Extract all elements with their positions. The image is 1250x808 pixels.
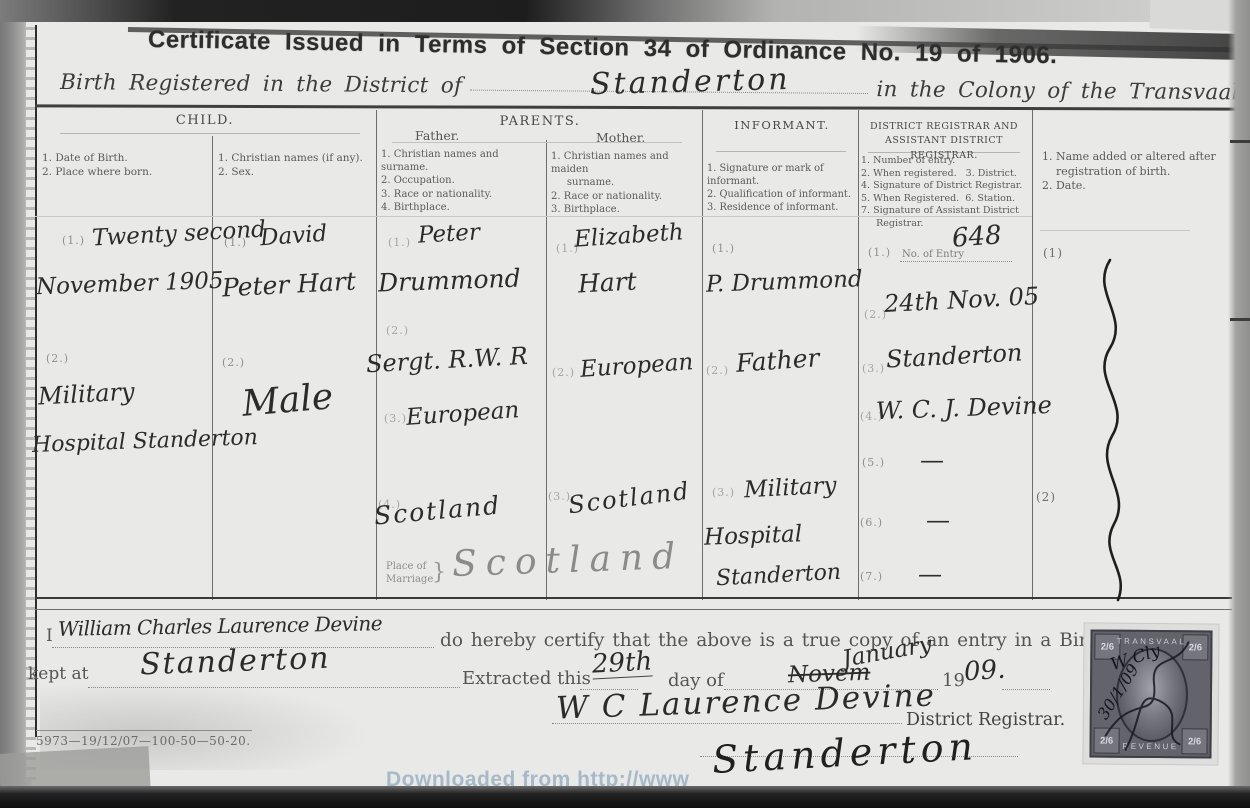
informant-residence-line3: Standerton (715, 561, 841, 591)
informant-marker-1: (1.) (712, 242, 735, 255)
registered-prefix: Birth Registered in the District of (60, 70, 462, 99)
mother-race: European (579, 350, 694, 382)
right-edge-mark-1 (1230, 140, 1250, 143)
when-registered: 24th Nov. 05 (883, 284, 1039, 317)
label-child-name: 1. Christian names (if any). 2. Sex. (218, 152, 370, 180)
group-parents: PARENTS. (470, 114, 610, 129)
informant-underline (716, 151, 846, 152)
district-handwritten: Standerton (590, 64, 791, 101)
extracted-day: 29th (591, 648, 653, 679)
alterations-marker-2: (2) (1036, 490, 1056, 504)
birth-date-line2: November 1905 (36, 269, 224, 300)
father-occupation: Sergt. R.W. R (365, 344, 528, 378)
kept-at-label: kept at (28, 664, 88, 684)
signature-dotted (552, 722, 902, 724)
marriage-brace: } (432, 560, 446, 585)
col-sep-registrar (858, 110, 859, 600)
registrar-district: Standerton (885, 340, 1023, 372)
registrar-dash-7: — (918, 562, 942, 587)
mother-name-line2: Hart (577, 268, 637, 297)
table-bottom-rule-2 (35, 609, 1232, 610)
father-marker-3: (3.) (384, 412, 407, 425)
informant-residence-line1: Military (743, 474, 837, 503)
registrar-signature-bottom: W C Laurence Devine (556, 679, 937, 725)
birth-place-line2: Hospital Standerton (32, 426, 259, 457)
col-sep-father-mother (546, 140, 547, 600)
group-father: Father. (415, 128, 459, 143)
district-field: Standerton (470, 93, 868, 96)
label-father: 1. Christian names and surname. 2. Occup… (381, 148, 543, 214)
registrar-marker-7: (7.) (860, 570, 883, 583)
mother-marker-2: (2.) (552, 366, 575, 379)
birth-place-line1: Military (37, 379, 135, 409)
informant-residence-line2: Hospital (704, 522, 803, 550)
kept-at-value: Standerton (140, 643, 332, 681)
label-alterations: 1. Name added or altered after registrat… (1042, 150, 1227, 194)
childname-marker-1: (1.) (224, 236, 247, 249)
child-sex: Male (241, 378, 335, 424)
father-race: European (405, 398, 520, 430)
table-bottom-rule-1 (35, 597, 1232, 599)
label-mother: 1. Christian names and maiden surname. 2… (551, 150, 701, 216)
marriage-place: Scotland (451, 538, 684, 584)
alterations-header-line (1040, 230, 1190, 231)
informant-qualification: Father (735, 345, 820, 377)
certifier-name: William Charles Laurence Devine (58, 613, 382, 640)
table-left-border (35, 25, 37, 737)
group-mother: Mother. (596, 130, 645, 145)
birth-marker-1: (1.) (62, 234, 85, 247)
kept-at-dotted (88, 686, 460, 688)
scan-top-band (0, 0, 1250, 22)
extracted-label: Extracted this (462, 668, 591, 689)
informant-marker-2: (2.) (706, 364, 729, 377)
page-right-edge (1228, 0, 1250, 808)
scan-bottom-band (0, 786, 1250, 808)
father-marker-1: (1.) (388, 236, 411, 249)
table-top-rule (35, 104, 1240, 110)
birth-marker-2: (2.) (46, 352, 69, 365)
informant-marker-3: (3.) (712, 486, 735, 499)
revenue-stamp: 2/6 2/6 2/6 2/6 TRANSVAAL REVENUE W Cly … (1089, 629, 1212, 758)
bottom-scrawl-signature: Standerton (711, 727, 979, 781)
registrar-marker-1: (1.) (868, 246, 891, 259)
label-birth: 1. Date of Birth. 2. Place where born. (42, 152, 202, 180)
child-name-line2: Peter Hart (221, 269, 356, 302)
informant-signature: P. Drummond (706, 267, 863, 297)
father-marker-2: (2.) (386, 324, 409, 337)
alterations-marker-1: (1) (1043, 246, 1063, 260)
mother-name-line1: Elizabeth (573, 220, 684, 252)
mother-birthplace: Scotland (567, 479, 692, 519)
stamp-cancellation-scribble (1091, 631, 1210, 756)
certify-text: do hereby certify that the above is a tr… (440, 630, 1204, 651)
right-edge-mark-2 (1230, 318, 1250, 321)
registrar-dash-5: — (920, 448, 944, 473)
certify-i-prefix: I (46, 626, 53, 646)
col-sep-child (212, 136, 213, 600)
entry-number-value: 648 (951, 222, 1002, 253)
year-dotted (1002, 688, 1050, 690)
registrar-signature: W. C. J. Devine (876, 393, 1053, 424)
registrar-marker-5: (5.) (862, 456, 885, 469)
registered-suffix: in the Colony of the Transvaal. (876, 77, 1246, 105)
registrar-marker-3: (3.) (862, 362, 885, 375)
marriage-label: Place of Marriage (386, 560, 433, 586)
year-printed: 19 (942, 670, 965, 691)
col-sep-alterations (1032, 110, 1033, 600)
father-name-line2: Drummond (378, 266, 522, 297)
year-handwritten: 09. (963, 657, 1006, 687)
registrar-dash-6: — (926, 508, 950, 533)
imprint-rule (36, 730, 252, 731)
father-name-line1: Peter (417, 220, 480, 247)
group-child: CHILD. (120, 113, 290, 128)
child-underline (60, 133, 360, 134)
label-registrar: 1. Number of entry. 2. When registered. … (861, 155, 1031, 230)
scanned-birth-certificate: Certificate Issued in Terms of Section 3… (0, 0, 1250, 808)
registration-line: Birth Registered in the District of Stan… (60, 70, 1246, 105)
group-informant: INFORMANT. (712, 118, 852, 132)
child-name-line1: David (259, 222, 328, 251)
entry-number-dotted (900, 260, 1012, 262)
label-informant: 1. Signature or mark of informant. 2. Qu… (707, 163, 857, 215)
registrar-marker-6: (6.) (860, 516, 883, 529)
ink-wavy-line (1086, 258, 1136, 602)
childname-marker-2: (2.) (222, 356, 245, 369)
